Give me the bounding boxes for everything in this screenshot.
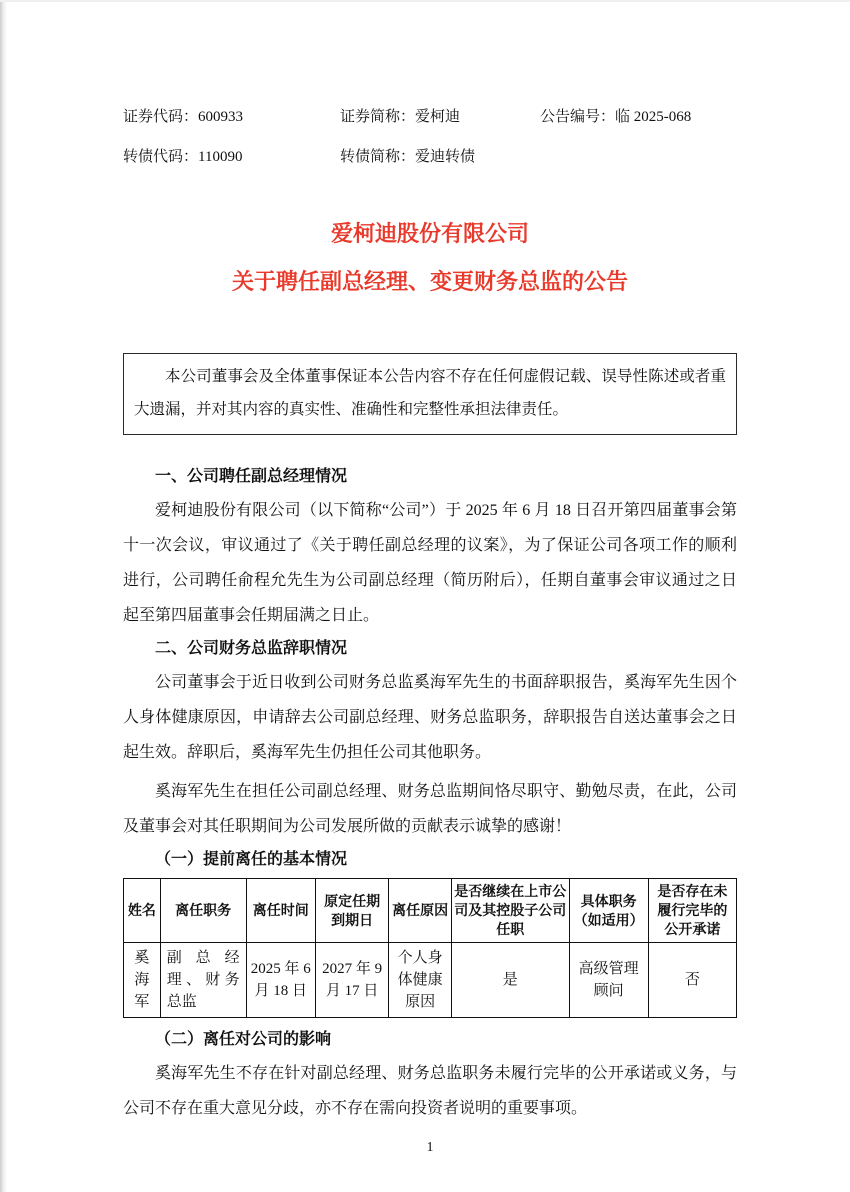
document-page: 证券代码：600933 证券简称：爱柯迪 公告编号：临 2025-068 转债代… <box>0 0 850 1192</box>
cell-original-term-end: 2027 年 9 月 17 日 <box>315 943 389 1018</box>
stock-code: 证券代码：600933 <box>123 97 340 137</box>
page-number: 1 <box>123 1140 737 1156</box>
table-header-original-term-end: 原定任期到期日 <box>315 879 389 943</box>
section-2-heading: 二、公司财务总监辞职情况 <box>123 637 737 661</box>
table-header-name: 姓名 <box>124 879 161 943</box>
cell-name: 奚海军 <box>124 943 161 1018</box>
bond-code: 转债代码：110090 <box>123 137 340 177</box>
announcement-title: 关于聘任副总经理、变更财务总监的公告 <box>123 269 737 295</box>
table-header-position: 离任职务 <box>160 879 246 943</box>
subsection-2-paragraph: 奚海军先生不存在针对副总经理、财务总监职务未履行完毕的公开承诺或义务，与公司不存… <box>123 1056 737 1126</box>
table-header-specific-role: 具体职务（如适用） <box>569 879 648 943</box>
header-row-2-spacer <box>540 137 737 177</box>
cell-continue-serving: 是 <box>451 943 569 1018</box>
early-departure-table: 姓名 离任职务 离任时间 原定任期到期日 离任原因 是否继续在上市公司及其控股子… <box>123 878 737 1018</box>
cell-position: 副总经理、财务总监 <box>160 943 246 1018</box>
table-header-unfulfilled-commitments: 是否存在未履行完毕的公开承诺 <box>648 879 736 943</box>
stock-short-name: 证券简称：爱柯迪 <box>340 97 540 137</box>
table-header-row: 姓名 离任职务 离任时间 原定任期到期日 离任原因 是否继续在上市公司及其控股子… <box>124 879 737 943</box>
document-header: 证券代码：600933 证券简称：爱柯迪 公告编号：临 2025-068 转债代… <box>123 2 737 177</box>
table-header-departure-date: 离任时间 <box>246 879 315 943</box>
page-left-shadow <box>0 2 7 1192</box>
subsection-2-heading: （二）离任对公司的影响 <box>123 1028 737 1052</box>
cell-unfulfilled-commitments: 否 <box>648 943 736 1018</box>
board-statement-box: 本公司董事会及全体董事保证本公告内容不存在任何虚假记载、误导性陈述或者重大遗漏，… <box>123 353 737 435</box>
cell-reason: 个人身体健康原因 <box>389 943 452 1018</box>
company-name-title: 爱柯迪股份有限公司 <box>123 221 737 247</box>
document-content: 证券代码：600933 证券简称：爱柯迪 公告编号：临 2025-068 转债代… <box>123 2 737 1156</box>
bond-short-name: 转债简称：爱迪转债 <box>340 137 540 177</box>
table-header-continue-serving: 是否继续在上市公司及其控股子公司任职 <box>451 879 569 943</box>
cell-departure-date: 2025 年 6 月 18 日 <box>246 943 315 1018</box>
section-2-paragraph-2: 奚海军先生在担任公司副总经理、财务总监期间恪尽职守、勤勉尽责，在此，公司及董事会… <box>123 774 737 844</box>
section-1-paragraph: 爱柯迪股份有限公司（以下简称“公司”）于 2025 年 6 月 18 日召开第四… <box>123 493 737 633</box>
board-statement-text: 本公司董事会及全体董事保证本公告内容不存在任何虚假记载、误导性陈述或者重大遗漏，… <box>134 360 726 426</box>
header-row-2: 转债代码：110090 转债简称：爱迪转债 <box>123 137 737 177</box>
cell-specific-role: 高级管理顾问 <box>569 943 648 1018</box>
section-2-paragraph-1: 公司董事会于近日收到公司财务总监奚海军先生的书面辞职报告，奚海军先生因个人身体健… <box>123 665 737 770</box>
header-row-1: 证券代码：600933 证券简称：爱柯迪 公告编号：临 2025-068 <box>123 97 737 137</box>
section-1-heading: 一、公司聘任副总经理情况 <box>123 465 737 489</box>
table-row: 奚海军 副总经理、财务总监 2025 年 6 月 18 日 2027 年 9 月… <box>124 943 737 1018</box>
subsection-1-heading: （一）提前离任的基本情况 <box>123 848 737 872</box>
table-header-reason: 离任原因 <box>389 879 452 943</box>
announcement-number: 公告编号：临 2025-068 <box>540 97 737 137</box>
